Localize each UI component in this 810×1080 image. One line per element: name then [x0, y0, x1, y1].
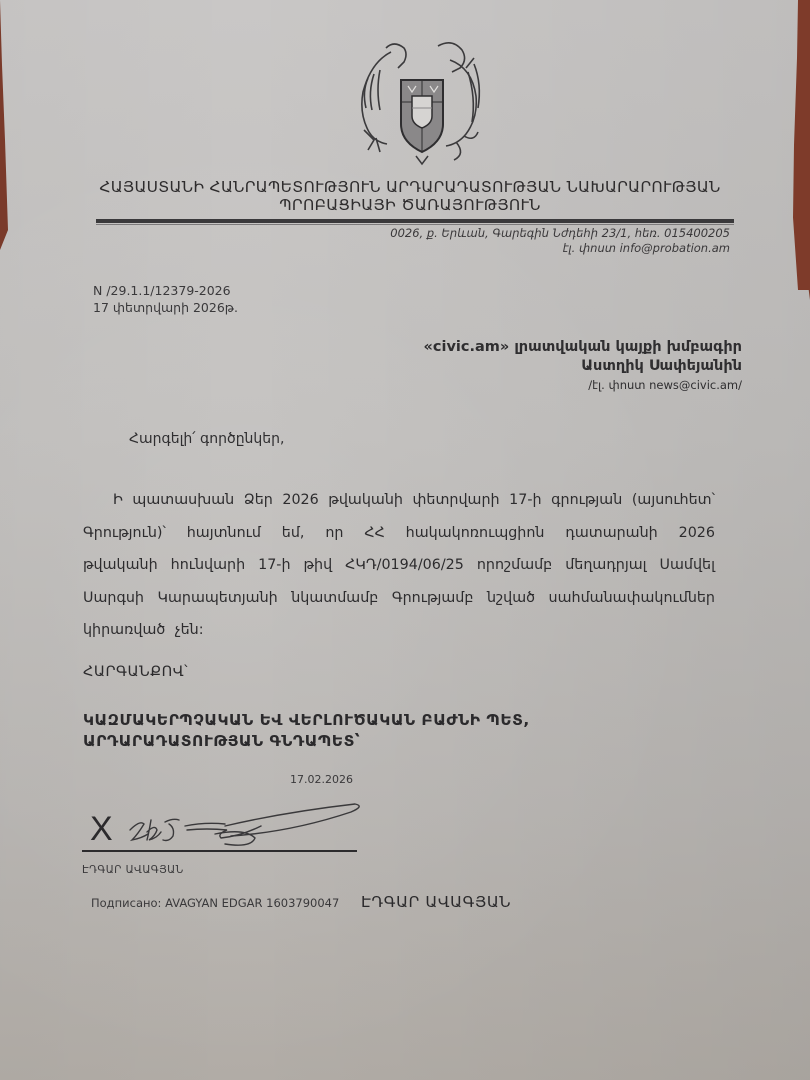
signer-name: ԷԴԳԱՐ ԱՎԱԳՅԱՆ: [361, 893, 511, 911]
signature-mark: X: [90, 812, 113, 846]
header-divider-thin: [96, 224, 734, 225]
recipient-name: Աստղիկ Սափեյանին: [581, 358, 742, 374]
recipient-email: /էլ. փոստ news@civic.am/: [588, 378, 742, 392]
signature-line: [82, 850, 357, 852]
header-divider: [96, 219, 734, 223]
email-line: էլ. փոստ info@probation.am: [563, 241, 730, 255]
salutation: Հարգելի՛ գործընկեր,: [129, 431, 285, 447]
signer-rank: ԱՐԴԱՐԱԴԱՏՈՒԹՅԱՆ ԳՆԴԱՊԵՏ՝: [83, 732, 360, 750]
address-line: 0026, ք. Երևան, Գարեգին Նժդեհի 23/1, հեռ…: [390, 226, 730, 240]
closing-phrase: ՀԱՐԳԱՆՔՈՎ՝: [83, 664, 188, 680]
letter-paper: ՀԱՅԱՍՏԱՆԻ ՀԱՆՐԱՊԵՏՈՒԹՅՈՒՆ ԱՐԴԱՐԱԴԱՏՈՒԹՅԱ…: [0, 0, 810, 1080]
letter-body: Ի պատասխան Ձեր 2026 թվականի փետրվարի 17-…: [83, 484, 715, 647]
reference-date: 17 փետրվարի 2026թ.: [93, 300, 238, 315]
signer-name-caption: ԷԴԳԱՐ ԱՎԱԳՅԱՆ: [82, 864, 184, 876]
ministry-name: ՀԱՅԱՍՏԱՆԻ ՀԱՆՐԱՊԵՏՈՒԹՅՈՒՆ ԱՐԴԱՐԱԴԱՏՈՒԹՅԱ…: [90, 178, 730, 196]
reference-number: N /29.1.1/12379-2026: [93, 283, 231, 298]
digital-signature-info: Подписано: AVAGYAN EDGAR 1603790047: [91, 896, 339, 910]
signature-date: 17.02.2026: [290, 773, 353, 786]
coat-of-arms-icon: [346, 38, 496, 168]
signer-title: ԿԱԶՄԱԿԵՐՊՉԱԿԱՆ ԵՎ ՎԵՐԼՈՒԾԱԿԱՆ ԲԱԺՆԻ ՊԵՏ,: [83, 711, 530, 729]
service-name: ՊՐՈԲԱՑԻԱՅԻ ԾԱՌԱՅՈՒԹՅՈՒՆ: [90, 196, 730, 214]
recipient-position: «civic.am» լրատվական կայքի խմբագիր: [424, 339, 742, 355]
